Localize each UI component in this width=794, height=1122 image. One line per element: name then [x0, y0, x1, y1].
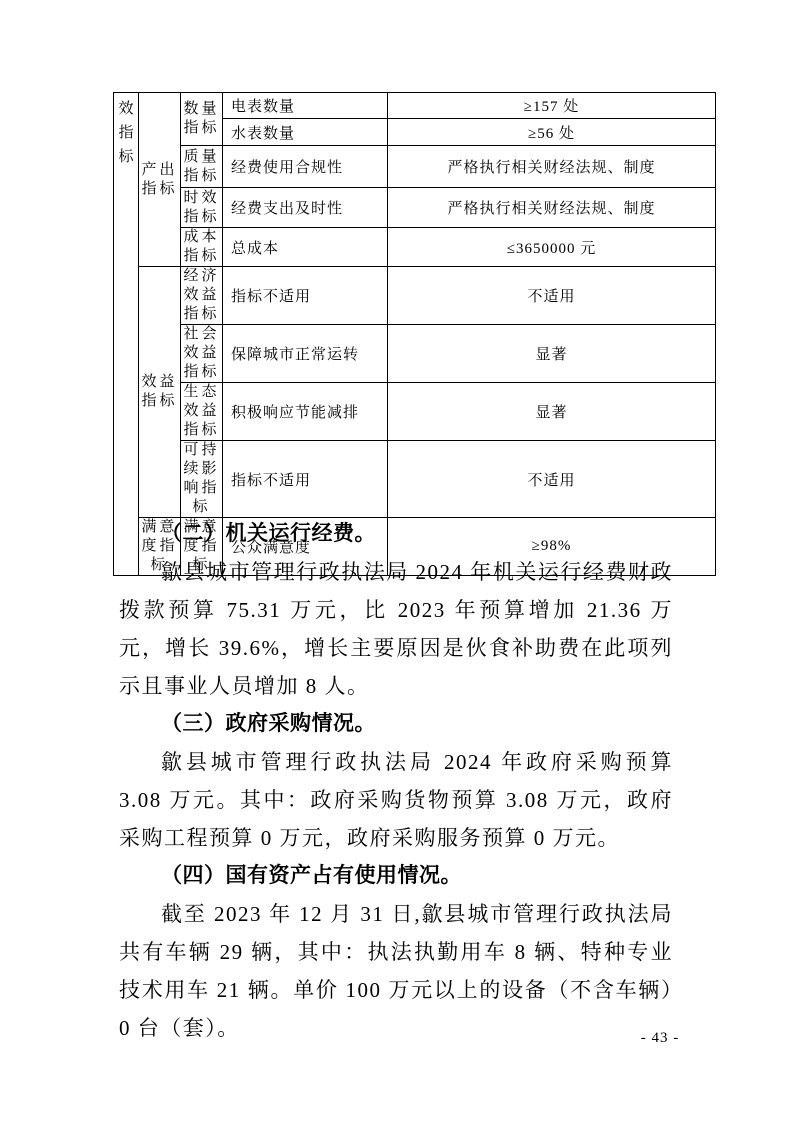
- cell-type-timeliness: 时效指标: [181, 188, 223, 228]
- cell-indicator-name: 水表数量: [223, 119, 388, 146]
- cell-indicator-name: 电表数量: [223, 93, 388, 119]
- cell-indicator-name: 指标不适用: [223, 441, 388, 518]
- cell-indicator-name: 经费支出及时性: [223, 188, 388, 228]
- table-row-electric-meters: 效指标 产出指标 数量指标 电表数量 ≥157 处: [114, 93, 716, 119]
- cell-indicator-name: 总成本: [223, 228, 388, 267]
- performance-indicator-table: 效指标 产出指标 数量指标 电表数量 ≥157 处 水表数量 ≥56 处 质量指…: [113, 92, 716, 576]
- cell-indicator-value: 不适用: [388, 267, 716, 325]
- document-page: 效指标 产出指标 数量指标 电表数量 ≥157 处 水表数量 ≥56 处 质量指…: [0, 0, 794, 1122]
- document-body: （二）机关运行经费。 歙县城市管理行政执法局 2024 年机关运行经费财政拨款预…: [119, 515, 673, 1047]
- cell-type-sustainable-impact: 可持续影响指标: [181, 441, 223, 518]
- cell-type-social-benefit: 社会效益指标: [181, 325, 223, 383]
- cell-type-ecological-benefit: 生态效益指标: [181, 383, 223, 441]
- cell-indicator-name: 经费使用合规性: [223, 146, 388, 188]
- table-row-quality: 质量指标 经费使用合规性 严格执行相关财经法规、制度: [114, 146, 716, 188]
- section-heading-operating-expenses: （二）机关运行经费。: [119, 515, 673, 553]
- section-paragraph-state-assets: 截至 2023 年 12 月 31 日,歙县城市管理行政执法局共有车辆 29 辆…: [119, 895, 673, 1047]
- cell-level1-category: 效指标: [114, 93, 139, 576]
- table-row-economic-benefit: 效益指标 经济效益指标 指标不适用 不适用: [114, 267, 716, 325]
- section-heading-government-procurement: （三）政府采购情况。: [119, 705, 673, 743]
- table-row-timeliness: 时效指标 经费支出及时性 严格执行相关财经法规、制度: [114, 188, 716, 228]
- cell-indicator-value: ≥157 处: [388, 93, 716, 119]
- cell-category-benefit: 效益指标: [139, 267, 181, 518]
- section-paragraph-government-procurement: 歙县城市管理行政执法局 2024 年政府采购预算 3.08 万元。其中：政府采购…: [119, 743, 673, 857]
- page-number: - 43 -: [615, 1030, 705, 1047]
- cell-indicator-value: 显著: [388, 325, 716, 383]
- cell-indicator-value: 严格执行相关财经法规、制度: [388, 146, 716, 188]
- cell-indicator-value: ≤3650000 元: [388, 228, 716, 267]
- table-row-social-benefit: 社会效益指标 保障城市正常运转 显著: [114, 325, 716, 383]
- cell-type-quality: 质量指标: [181, 146, 223, 188]
- cell-type-cost: 成本指标: [181, 228, 223, 267]
- cell-indicator-name: 积极响应节能减排: [223, 383, 388, 441]
- table-row-sustainable-impact: 可持续影响指标 指标不适用 不适用: [114, 441, 716, 518]
- cell-indicator-value: ≥56 处: [388, 119, 716, 146]
- cell-type-quantity: 数量指标: [181, 93, 223, 146]
- cell-indicator-value: 不适用: [388, 441, 716, 518]
- table-row-ecological-benefit: 生态效益指标 积极响应节能减排 显著: [114, 383, 716, 441]
- cell-indicator-value: 显著: [388, 383, 716, 441]
- cell-indicator-value: 严格执行相关财经法规、制度: [388, 188, 716, 228]
- section-heading-state-assets: （四）国有资产占有使用情况。: [119, 857, 673, 895]
- table-row-cost: 成本指标 总成本 ≤3650000 元: [114, 228, 716, 267]
- cell-indicator-name: 指标不适用: [223, 267, 388, 325]
- section-paragraph-operating-expenses: 歙县城市管理行政执法局 2024 年机关运行经费财政拨款预算 75.31 万元，…: [119, 553, 673, 705]
- cell-indicator-name: 保障城市正常运转: [223, 325, 388, 383]
- cell-type-economic-benefit: 经济效益指标: [181, 267, 223, 325]
- cell-category-output: 产出指标: [139, 93, 181, 267]
